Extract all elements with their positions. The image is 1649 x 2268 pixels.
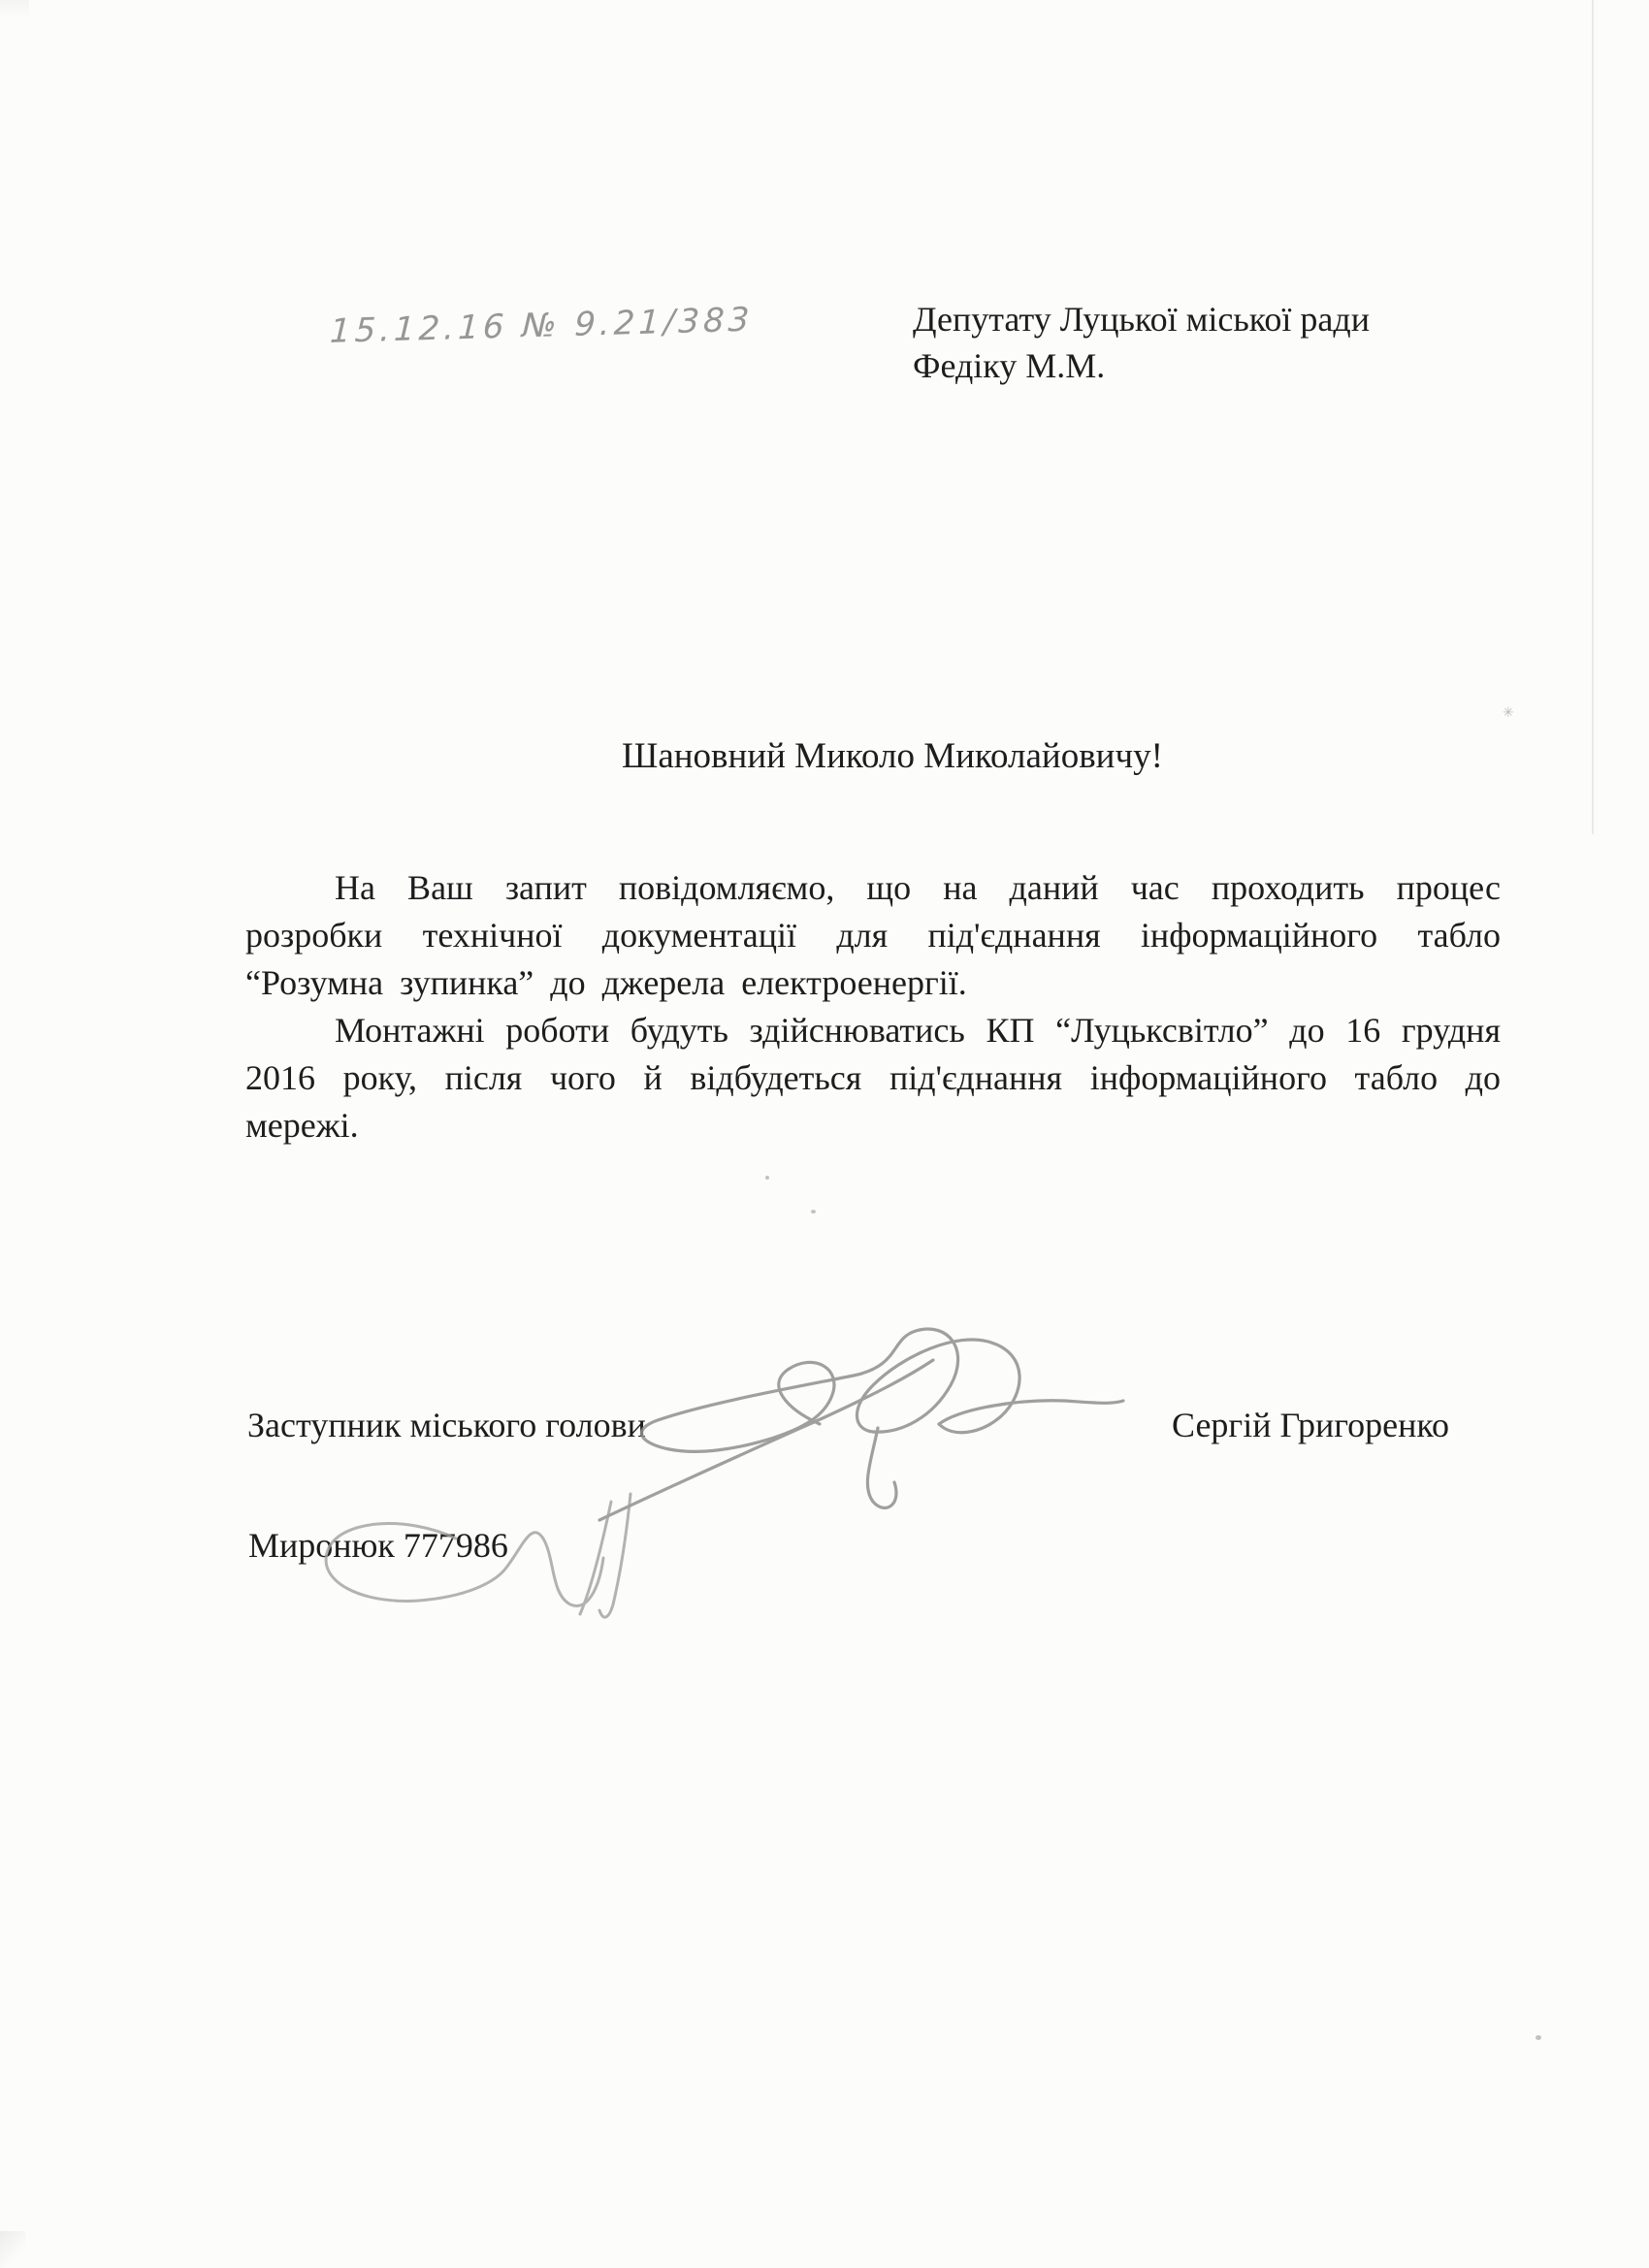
recipient-line-1: Депутату Луцької міської ради bbox=[913, 296, 1370, 342]
scan-edge-artifact bbox=[1592, 0, 1594, 834]
recipient-block: Депутату Луцької міської ради Федіку М.М… bbox=[913, 296, 1370, 389]
salutation-line: Шановний Миколо Миколайовичу! bbox=[622, 735, 1163, 777]
recipient-line-2: Федіку М.М. bbox=[913, 342, 1370, 389]
signature-position-title: Заступник міського голови bbox=[247, 1405, 646, 1445]
scan-corner-artifact bbox=[0, 2231, 25, 2268]
signature-signer-name: Сергій Григоренко bbox=[1172, 1405, 1449, 1445]
scan-speck bbox=[765, 1176, 769, 1180]
letter-body: На Ваш запит повідомляємо, що на даний ч… bbox=[245, 864, 1501, 1150]
scanned-letter-page: 15.12.16 № 9.21/383 Депутату Луцької міс… bbox=[0, 0, 1649, 2268]
registration-note-handwritten: 15.12.16 № 9.21/383 bbox=[329, 301, 738, 351]
scan-speck bbox=[1536, 2035, 1541, 2040]
scan-speck bbox=[811, 1210, 816, 1214]
scan-speck: ✳ bbox=[1503, 706, 1514, 720]
body-paragraph-2: Монтажні роботи будуть здійснюватись КП … bbox=[245, 1007, 1501, 1150]
body-paragraph-1: На Ваш запит повідомляємо, що на даний ч… bbox=[245, 864, 1501, 1007]
main-signature-strokes bbox=[599, 1329, 1123, 1520]
scan-corner-artifact bbox=[0, 0, 29, 21]
contact-line: Миронюк 777986 bbox=[248, 1525, 508, 1566]
